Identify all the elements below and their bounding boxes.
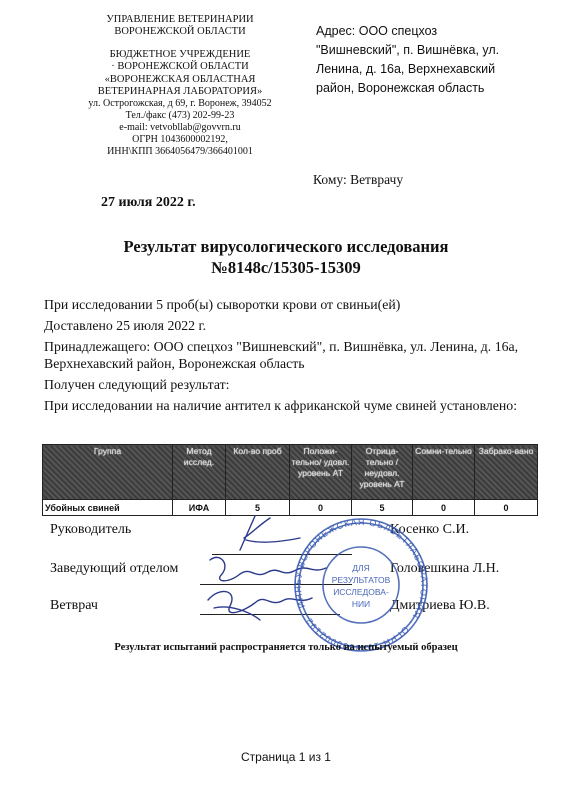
header-rejected: Забрако-вано <box>475 445 538 500</box>
svg-text:ИССЛЕДОВА-: ИССЛЕДОВА- <box>333 587 389 597</box>
signature-role-director: Руководитель <box>50 522 131 538</box>
contact-address: ул. Острогожская, д 69, г. Воронеж, 3940… <box>60 98 300 110</box>
contact-email: e-mail: vetvobllab@govvrn.ru <box>60 122 300 134</box>
authority-name: УПРАВЛЕНИЕ ВЕТЕРИНАРИИ ВОРОНЕЖСКОЙ ОБЛАС… <box>60 14 300 39</box>
header-doubtful: Сомни-тельно <box>413 445 475 500</box>
result-intro: Получен следующий результат: <box>44 376 554 393</box>
institution-contacts: ул. Острогожская, д 69, г. Воронеж, 3940… <box>60 98 300 157</box>
document-body: При исследовании 5 проб(ы) сыворотки кро… <box>44 296 554 414</box>
header-negative: Отрица-тельно / неудовл. уровень АТ <box>352 445 413 500</box>
address-line: район, Воронежская область <box>316 79 566 98</box>
cell-doubtful: 0 <box>413 500 475 516</box>
signature-role-vet: Ветврач <box>50 598 98 614</box>
svg-text:ДЛЯ: ДЛЯ <box>352 563 369 573</box>
institution-name: БЮДЖЕТНОЕ УЧРЕЖДЕНИЕ · ВОРОНЕЖСКОЙ ОБЛАС… <box>60 49 300 99</box>
signature-role-head: Заведующий отделом <box>50 561 178 577</box>
contact-ogrn: ОГРН 1043600002192, <box>60 134 300 146</box>
header-group: Группа <box>43 445 173 500</box>
svg-text:РЕЗУЛЬТАТОВ: РЕЗУЛЬТАТОВ <box>332 575 391 585</box>
contact-inn: ИНН\КПП 3664056479/366401001 <box>60 146 300 158</box>
institution-line: «ВОРОНЕЖСКАЯ ОБЛАСТНАЯ <box>60 74 300 86</box>
address-line: Ленина, д. 16а, Верхнехавский <box>316 60 566 79</box>
delivered-paragraph: Доставлено 25 июля 2022 г. <box>44 317 554 334</box>
header-method: Метод исслед. <box>173 445 226 500</box>
institution-line: БЮДЖЕТНОЕ УЧРЕЖДЕНИЕ <box>60 49 300 61</box>
results-table: Группа Метод исслед. Кол-во проб Положи-… <box>42 444 538 516</box>
institution-line: · ВОРОНЕЖСКОЙ ОБЛАСТИ <box>60 61 300 73</box>
contact-phone: Тел./факс (473) 202-99-23 <box>60 110 300 122</box>
address-line: "Вишневский", п. Вишнёвка, ул. <box>316 41 566 60</box>
owner-paragraph: Принадлежащего: ООО спецхоз "Вишневский"… <box>44 338 554 372</box>
title-line: Результат вирусологического исследования <box>0 236 572 257</box>
address-line: Адрес: ООО спецхоз <box>316 22 566 41</box>
cell-group: Убойных свиней <box>43 500 173 516</box>
cell-negative: 5 <box>352 500 413 516</box>
recipient: Кому: Ветврачу <box>313 172 403 188</box>
official-stamp-icon: БУ ВОРОНЕЖСКАЯ ОБЛВЕТЛАБОРАТОРИЯ · ОГРН … <box>276 516 446 654</box>
samples-paragraph: При исследовании 5 проб(ы) сыворотки кро… <box>44 296 554 313</box>
page-indicator: Страница 1 из 1 <box>0 750 572 764</box>
sender-block: УПРАВЛЕНИЕ ВЕТЕРИНАРИИ ВОРОНЕЖСКОЙ ОБЛАС… <box>60 14 300 157</box>
authority-line: УПРАВЛЕНИЕ ВЕТЕРИНАРИИ <box>60 14 300 26</box>
document-date: 27 июля 2022 г. <box>101 195 196 211</box>
svg-text:НИИ: НИИ <box>352 599 370 609</box>
validity-note: Результат испытаний распространяется тол… <box>0 642 572 653</box>
recipient-address: Адрес: ООО спецхоз "Вишневский", п. Вишн… <box>316 22 566 98</box>
test-paragraph: При исследовании на наличие антител к аф… <box>44 397 554 414</box>
authority-line: ВОРОНЕЖСКОЙ ОБЛАСТИ <box>60 26 300 38</box>
institution-line: ВЕТЕРИНАРНАЯ ЛАБОРАТОРИЯ» <box>60 86 300 98</box>
document-title: Результат вирусологического исследования… <box>0 236 572 278</box>
cell-rejected: 0 <box>475 500 538 516</box>
header-positive: Положи-тельно/ удовл. уровень АТ <box>290 445 352 500</box>
header-sample-count: Кол-во проб <box>226 445 290 500</box>
document-number: №8148с/15305-15309 <box>0 257 572 278</box>
table-header-row: Группа Метод исслед. Кол-во проб Положи-… <box>43 445 538 500</box>
